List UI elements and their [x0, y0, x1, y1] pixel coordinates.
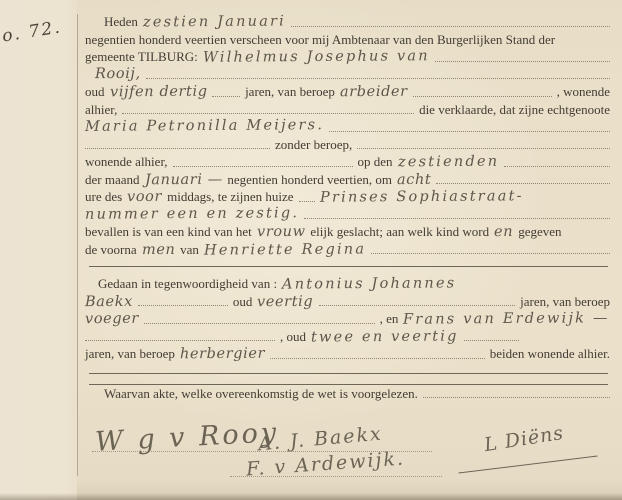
scanned-document-page: o. 72. Hedenzestien Januarinegentien hon… [0, 0, 622, 500]
printed-text: die verklaarde, dat zijne echtgenoote [419, 101, 610, 119]
printed-text: bevallen is van een kind van het [85, 223, 252, 241]
act-line: Baekxoudveertigjaren, van beroep [85, 293, 610, 311]
ruled-filler [85, 148, 270, 149]
act-line: gemeente TILBURG:Wilhelmus Josephus van [85, 48, 610, 66]
act-line: negentien honderd veertien verscheen voo… [85, 31, 610, 49]
signature-baseline-dotted [92, 451, 432, 452]
handwritten-text: nummer een en zestig. [85, 205, 299, 224]
margin-divider-line [77, 14, 78, 476]
handwritten-text: Rooij, [95, 65, 141, 83]
handwritten-text: Wilhelmus Josephus van [203, 48, 430, 67]
act-line: bevallen is van een kind van hetvrouweli… [85, 223, 610, 241]
act-body: Hedenzestien Januarinegentien honderd ve… [85, 13, 610, 402]
ruled-filler [319, 305, 516, 306]
handwritten-text: Maria Petronilla Meijers. [85, 117, 324, 136]
handwritten-text: Antonius Johannes [282, 275, 456, 294]
printed-text: Waarvan akte, welke overeenkomstig de we… [104, 385, 418, 403]
handwritten-text: Frans van Erdewijk — [403, 310, 610, 329]
section-rule [89, 373, 608, 374]
ruled-filler [299, 201, 315, 202]
printed-text: jaren, van beroep [85, 345, 175, 363]
printed-text: de voorna [85, 241, 137, 259]
printed-text: jaren, van beroep [520, 293, 610, 311]
handwritten-text: veertig [257, 293, 313, 311]
printed-text: , wonende [557, 83, 610, 101]
signatures-section: W g v Rooy A. J. Baekx F. v Ardewijk. L … [0, 420, 622, 500]
printed-text: jaren, van beroep [245, 83, 335, 101]
ruled-filler [504, 166, 610, 167]
handwritten-text: herbergier [180, 346, 265, 364]
act-line: Gedaan in tegenwoordigheid van :Antonius… [85, 275, 610, 293]
act-line: wonende alhier,op denzestienden [85, 153, 610, 171]
handwritten-text: arbeider [340, 84, 408, 102]
act-line: ure desvoormiddags, te zijnen huizePrins… [85, 188, 610, 206]
act-line: , oudtwee en veertig [85, 328, 610, 346]
printed-text: Heden [104, 13, 138, 31]
printed-text: middags, te zijnen huize [167, 188, 293, 206]
handwritten-text: Baekx [85, 293, 133, 311]
handwritten-text: voor [127, 189, 162, 207]
ruled-filler [144, 323, 375, 324]
printed-text: oud [85, 83, 105, 101]
act-line: de voornamenvanHenriette Regina [85, 241, 610, 259]
handwritten-text: zestienden [397, 154, 498, 172]
ruled-filler [146, 78, 610, 79]
act-line: Hedenzestien Januari [85, 13, 610, 31]
printed-text: van [180, 241, 199, 259]
handwritten-text: twee en veertig [311, 328, 459, 347]
act-line: Rooij, [85, 66, 610, 84]
signature-baseline-dotted [230, 476, 442, 477]
handwritten-text: zestien Januari [143, 14, 286, 32]
act-line: der maandJanuari —negentien honderd veer… [85, 171, 610, 189]
handwritten-text: vijfen dertig [109, 84, 207, 102]
ruled-filler [212, 96, 240, 97]
act-line: zonder beroep, [85, 136, 610, 154]
printed-text: oud [233, 293, 253, 311]
printed-text: beiden wonende alhier. [490, 345, 610, 363]
ruled-filler [435, 61, 610, 62]
paper-bottom-edge [0, 493, 622, 500]
printed-text: , en [380, 310, 399, 328]
registrar-signature-flourish [458, 455, 597, 473]
handwritten-text: Henriette Regina [204, 241, 366, 260]
act-line: Maria Petronilla Meijers. [85, 118, 610, 136]
printed-text: negentien honderd veertien, om [227, 171, 392, 189]
section-rule [89, 266, 608, 267]
ruled-filler [85, 340, 275, 341]
ruled-filler [423, 397, 610, 398]
act-line: alhier,die verklaarde, dat zijne echtgen… [85, 101, 610, 119]
printed-text: , oud [280, 328, 306, 346]
ruled-filler [122, 113, 414, 114]
ruled-filler [371, 253, 610, 254]
handwritten-text: men [142, 241, 176, 259]
act-line: Waarvan akte, welke overeenkomstig de we… [85, 385, 610, 403]
act-line: oudvijfen dertigjaren, van beroeparbeide… [85, 83, 610, 101]
printed-text: negentien honderd veertien verscheen voo… [85, 31, 555, 49]
ruled-filler [436, 183, 610, 184]
ruled-filler [173, 166, 353, 167]
handwritten-text: Januari — [144, 171, 222, 189]
printed-text: alhier, [85, 101, 117, 119]
printed-text: ure des [85, 188, 122, 206]
ruled-filler [357, 148, 610, 149]
printed-text: der maand [85, 171, 140, 189]
ruled-filler [291, 26, 610, 27]
handwritten-text: voeger [85, 311, 139, 329]
ruled-filler [304, 218, 610, 219]
printed-text: elijk geslacht; aan welk kind word [310, 223, 489, 241]
act-line: voeger, enFrans van Erdewijk — [85, 310, 610, 328]
act-line: nummer een en zestig. [85, 206, 610, 224]
printed-text: op den [358, 153, 393, 171]
handwritten-text: en [494, 224, 513, 242]
handwritten-text: acht [397, 171, 431, 189]
ruled-filler [329, 131, 610, 132]
printed-text: wonende alhier, [85, 153, 168, 171]
printed-text: zonder beroep, [275, 136, 352, 154]
printed-text: Gedaan in tegenwoordigheid van : [98, 275, 277, 293]
ruled-filler [413, 96, 552, 97]
act-number: o. 72. [1, 17, 63, 46]
handwritten-text: Prinses Sophiastraat- [319, 188, 523, 207]
signature-registrar: L Diëns [483, 422, 566, 456]
act-line: jaren, van beroepherbergierbeiden wonend… [85, 345, 610, 363]
printed-text: gegeven [518, 223, 561, 241]
handwritten-text: vrouw [257, 224, 306, 242]
ruled-filler [464, 340, 519, 341]
ruled-filler [270, 358, 485, 359]
ruled-filler [138, 305, 228, 306]
printed-text: gemeente TILBURG: [85, 48, 198, 66]
